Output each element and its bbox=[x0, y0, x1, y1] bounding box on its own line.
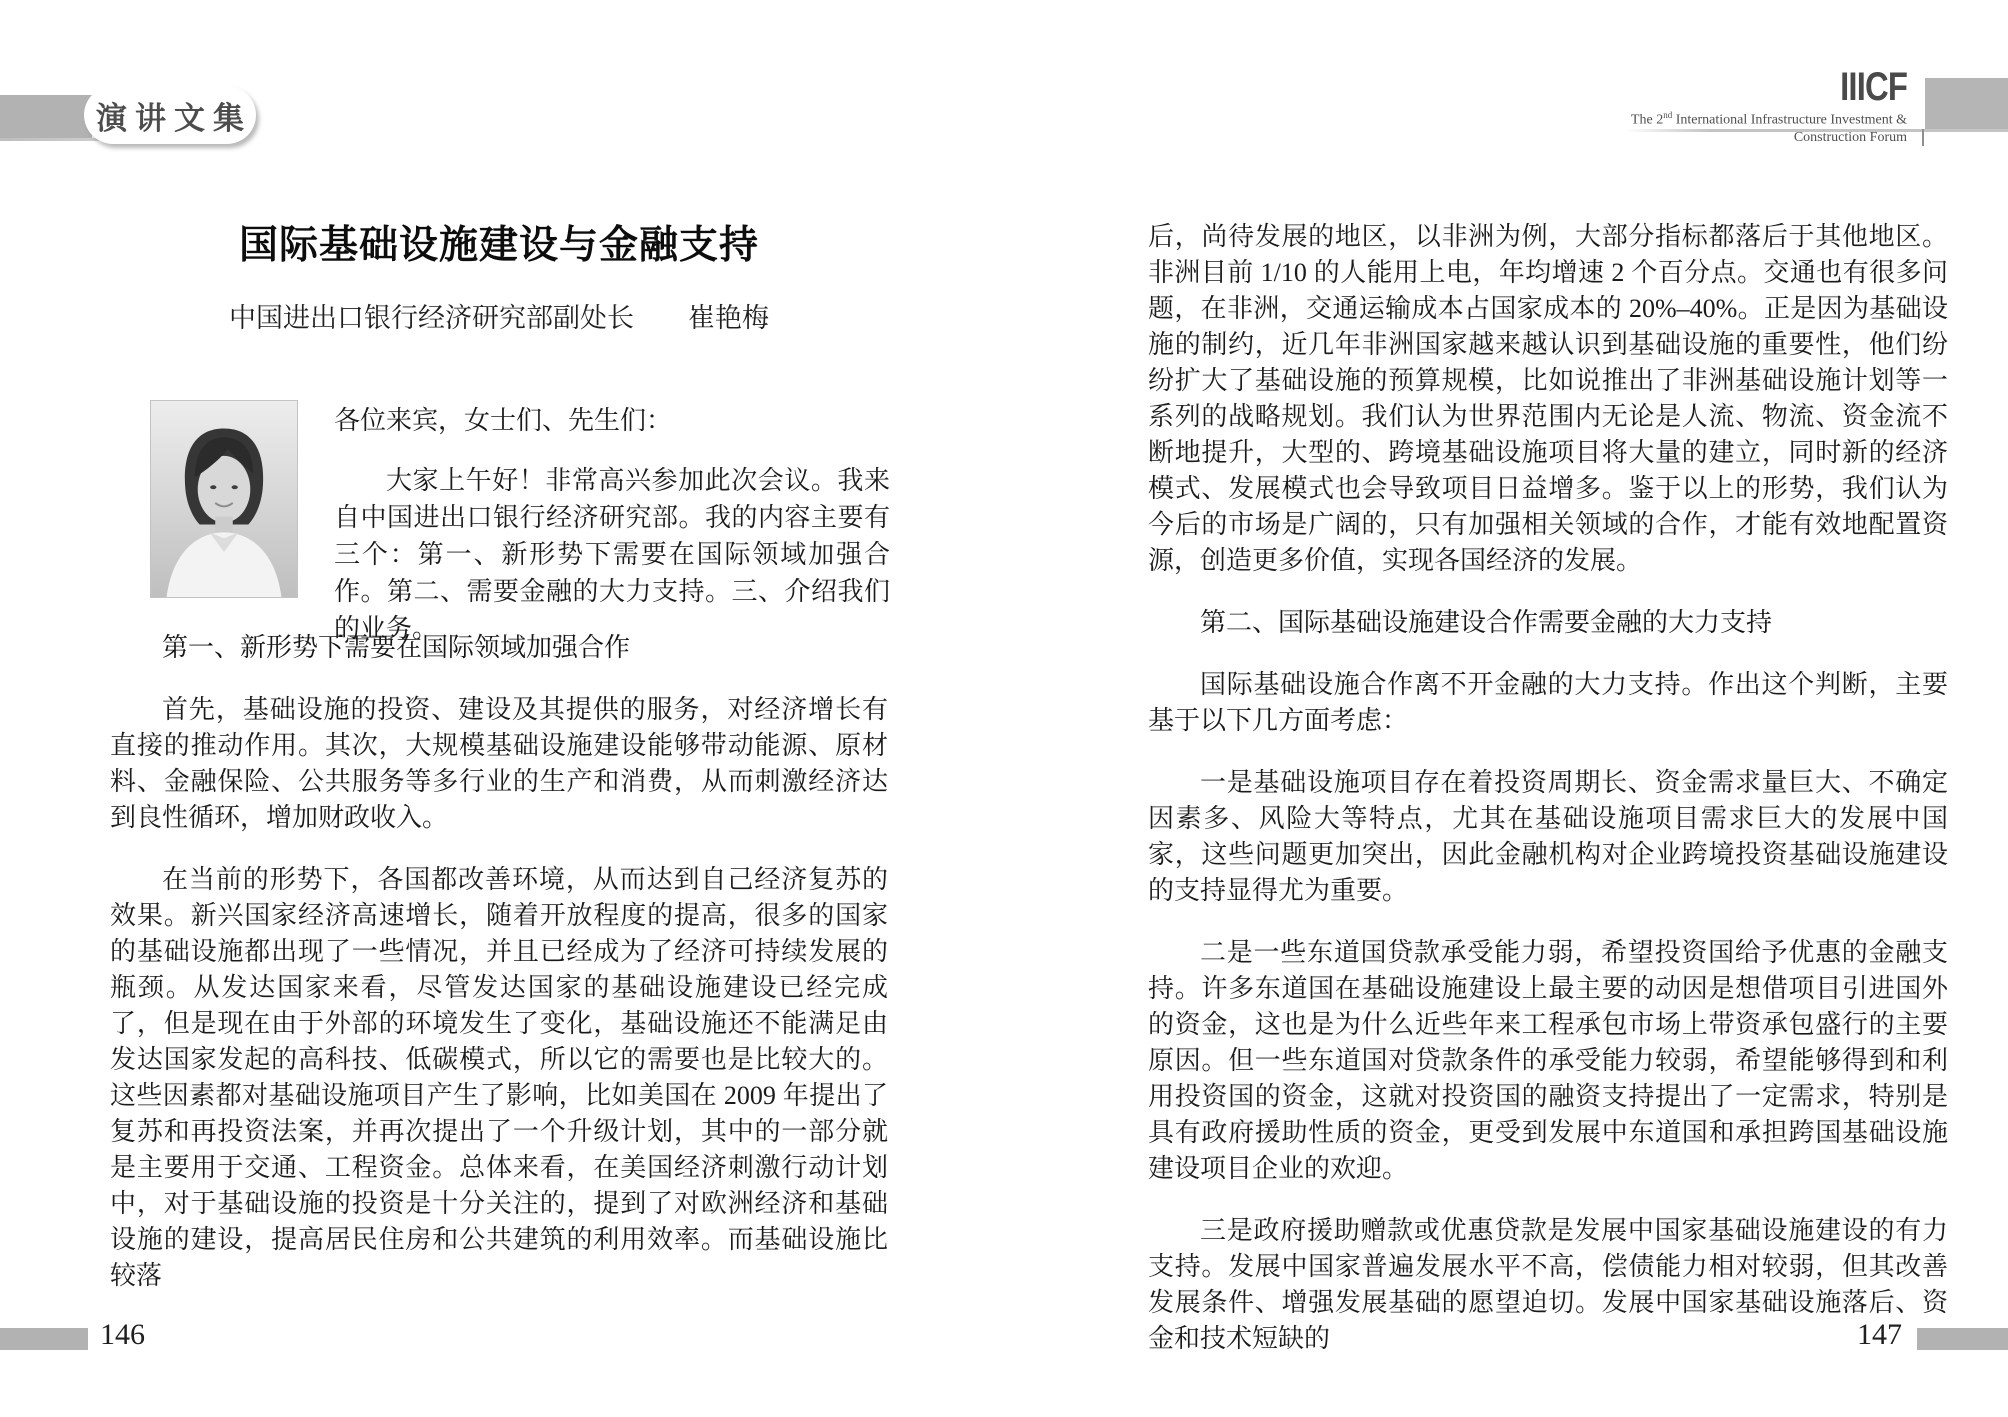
right-paragraph-1: 后，尚待发展的地区，以非洲为例，大部分指标都落后于其他地区。非洲目前 1/10 … bbox=[1148, 219, 1948, 579]
right-page-body: 后，尚待发展的地区，以非洲为例，大部分指标都落后于其他地区。非洲目前 1/10 … bbox=[1148, 219, 1948, 1383]
forum-subtitle-line1-prefix: The 2 bbox=[1631, 113, 1663, 128]
speaker-photo-illustration bbox=[151, 401, 297, 597]
header-rule-tick bbox=[1922, 129, 1924, 146]
salutation: 各位来宾，女士们、先生们： bbox=[334, 402, 890, 439]
forum-logo-block: IIICF The 2nd International Infrastructu… bbox=[1631, 70, 1907, 147]
right-paragraph-2: 国际基础设施合作离不开金融的大力支持。作出这个判断，主要基于以下几方面考虑： bbox=[1148, 667, 1948, 739]
left-page-number: 146 bbox=[100, 1318, 145, 1352]
left-paragraph-2: 在当前的形势下，各国都改善环境，从而达到自己经济复苏的效果。新兴国家经济高速增长… bbox=[110, 862, 888, 1294]
speaker-photo bbox=[150, 400, 298, 598]
author-line: 中国进出口银行经济研究部副处长 崔艳梅 bbox=[110, 296, 888, 335]
forum-subtitle-line2: Construction Forum bbox=[1794, 130, 1907, 145]
right-paragraph-5: 三是政府援助赠款或优惠贷款是发展中国家基础设施建设的有力支持。发展中国家普遍发展… bbox=[1148, 1213, 1948, 1357]
speech-opening: 各位来宾，女士们、先生们： 大家上午好！非常高兴参加此次会议。我来自中国进出口银… bbox=[334, 402, 890, 647]
book-spread: 演讲文集 IIICF The 2nd International Infrast… bbox=[0, 0, 2008, 1417]
section-heading-1: 第一、新形势下需要在国际领域加强合作 bbox=[110, 630, 888, 666]
right-page-number: 147 bbox=[1840, 1318, 1902, 1352]
iiicf-logo: IIICF bbox=[1681, 70, 1907, 104]
right-folio-bar bbox=[1917, 1328, 2008, 1350]
forum-subtitle-line1-rest: International Infrastructure Investment … bbox=[1672, 113, 1907, 128]
left-paragraph-1: 首先，基础设施的投资、建设及其提供的服务，对经济增长有直接的推动作用。其次，大规… bbox=[110, 692, 888, 836]
left-folio-bar bbox=[0, 1328, 88, 1350]
left-page-body: 第一、新形势下需要在国际领域加强合作 首先，基础设施的投资、建设及其提供的服务，… bbox=[110, 630, 888, 1320]
right-paragraph-3: 一是基础设施项目存在着投资周期长、资金需求量巨大、不确定因素多、风险大等特点，尤… bbox=[1148, 765, 1948, 909]
header-left-gray-bar bbox=[0, 95, 92, 138]
series-title: 演讲文集 bbox=[88, 93, 252, 138]
series-title-pill: 演讲文集 bbox=[84, 86, 256, 144]
intro-paragraph: 大家上午好！非常高兴参加此次会议。我来自中国进出口银行经济研究部。我的内容主要有… bbox=[334, 462, 890, 647]
article-title: 国际基础设施建设与金融支持 bbox=[110, 214, 888, 270]
right-paragraph-4: 二是一些东道国贷款承受能力弱，希望投资国给予优惠的金融支持。许多东道国在基础设施… bbox=[1148, 935, 1948, 1187]
header-right-gray-block bbox=[1925, 78, 2008, 129]
forum-subtitle-ordinal: nd bbox=[1663, 110, 1672, 120]
section-heading-2: 第二、国际基础设施建设合作需要金融的大力支持 bbox=[1148, 605, 1948, 641]
forum-logo-subtitle: The 2nd International Infrastructure Inv… bbox=[1631, 110, 1907, 147]
